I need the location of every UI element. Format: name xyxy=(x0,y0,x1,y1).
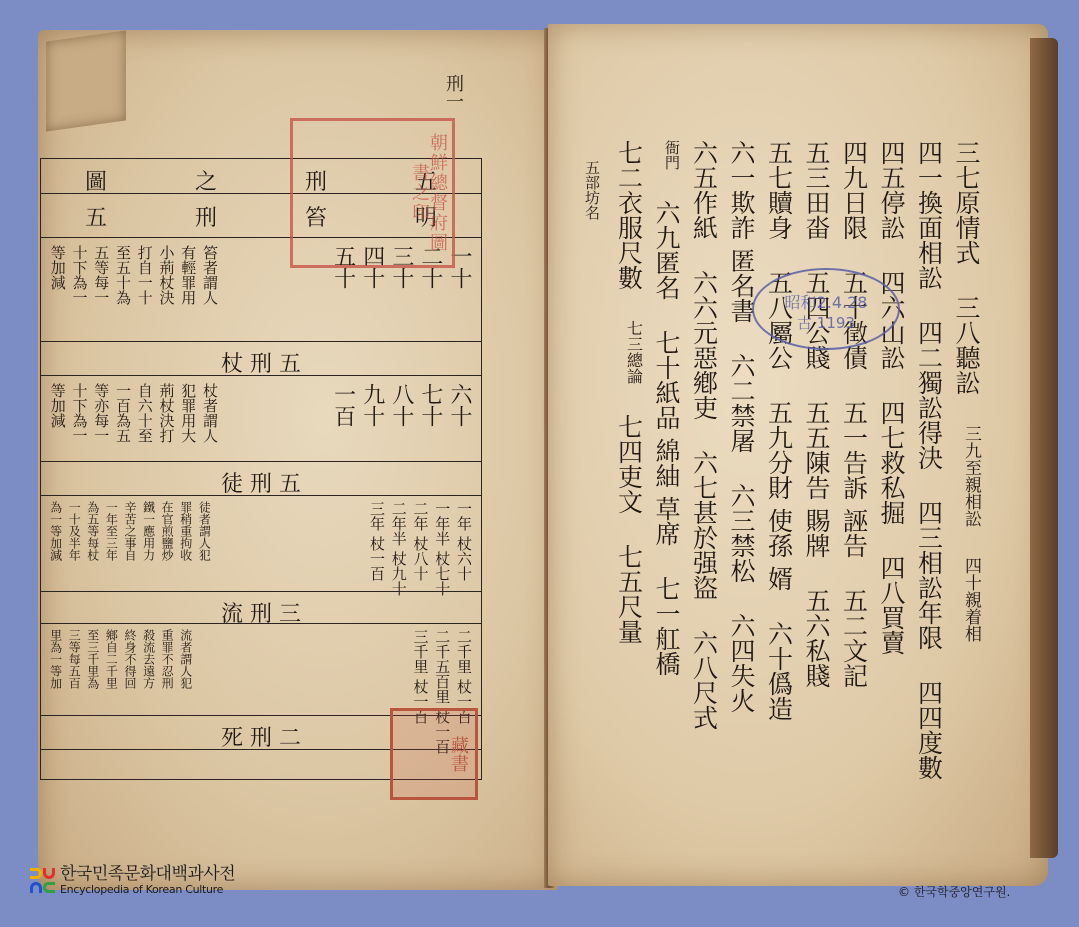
section-title-tu: 徒 刑 五 xyxy=(41,467,481,498)
zhang-notes: 杖者謂人 犯罪用大 荊杖決打 自六十至 一百為五 等亦每一 十下為一 等加減 xyxy=(49,383,217,443)
title-char: 刑 xyxy=(195,201,217,232)
zhang-amounts: 六十 七十 八十 九十 一百 xyxy=(332,383,471,427)
note: 一十及半年 xyxy=(68,501,81,561)
entry: 五六私賤 xyxy=(803,588,831,688)
entry: 四七救私掘 xyxy=(878,400,906,525)
note: 等加減 xyxy=(49,245,65,305)
entry: 五五陳告 賜牌 xyxy=(803,400,831,558)
entry: 四三相訟年限 xyxy=(915,500,943,650)
note: 等亦每一 xyxy=(93,383,109,443)
text-column: 衙門 六九匿名 七十紙品 綿紬 草席 七一舡橋 xyxy=(653,140,681,840)
copyright-notice: © 한국학중앙연구원. xyxy=(898,883,1010,900)
note: 里為一等加 xyxy=(49,629,62,689)
entry: 七五尺量 xyxy=(615,544,643,644)
divider xyxy=(41,461,481,462)
text-column: 六一欺詐 匿名書 六二禁屠 六三禁松 六四失火 xyxy=(728,140,756,840)
tu-amounts: 一年 杖六十 一年半 杖七十 二年 杖八十 二年半 杖九十 三年 杖一百 xyxy=(368,501,471,596)
note: 流者謂人犯 xyxy=(179,629,192,689)
logo-korean: 한국민족문화대백과사전 xyxy=(60,866,235,884)
section-title: 死 刑 二 xyxy=(221,721,301,752)
divider xyxy=(41,623,481,624)
amount: 二年半 杖九十 xyxy=(390,501,406,596)
entry: 七三總論 xyxy=(615,320,643,384)
page-label: 刑一 xyxy=(440,74,466,110)
chi-notes: 笞者謂人 有輕罪用 小荊杖決 打自一十 至五十為 五等每一 十下為一 等加減 xyxy=(49,245,217,305)
note: 等加減 xyxy=(49,383,65,443)
note: 徒者謂人犯 xyxy=(198,501,211,561)
note: 犯罪用大 xyxy=(180,383,196,443)
entry: 六六元惡鄕吏 xyxy=(690,270,718,420)
entry: 七四吏文 xyxy=(615,414,643,514)
amount: 一年 杖六十 xyxy=(455,501,471,596)
amount: 六十 xyxy=(448,383,471,427)
note: 至三千里為 xyxy=(86,629,99,689)
note: 自六十至 xyxy=(136,383,152,443)
section-title: 杖 刑 五 xyxy=(221,347,301,378)
entry: 六五作紙 xyxy=(690,140,718,240)
note: 殺流去遠方 xyxy=(142,629,155,689)
entry: 六九匿名 xyxy=(653,200,681,300)
amount: 八十 xyxy=(390,383,413,427)
entry: 四八買賣 xyxy=(878,555,906,655)
note: 重罪不忍刑 xyxy=(161,629,174,689)
red-owner-seal: 藏書 xyxy=(390,708,478,800)
entry: 四十親着相 xyxy=(953,557,981,642)
entry: 五三田畓 xyxy=(803,140,831,240)
note: 一百為五 xyxy=(114,383,130,443)
section-title: 徒 刑 五 xyxy=(221,467,301,498)
note: 鄉自二千里 xyxy=(105,629,118,689)
entry: 四九日限 xyxy=(840,140,868,240)
entry: 六一欺詐 匿名書 xyxy=(728,140,756,323)
entry: 六三禁松 xyxy=(728,483,756,583)
note: 小荊杖決 xyxy=(158,245,174,305)
entry: 六四失火 xyxy=(728,613,756,713)
entry: 五七贖身 xyxy=(765,140,793,240)
text-column: 七二衣服尺數 七三總論 七四吏文 七五尺量 xyxy=(615,140,643,840)
note: 杖者謂人 xyxy=(201,383,217,443)
section-title-zhang: 杖 刑 五 xyxy=(41,347,481,378)
entry: 三七原情式 xyxy=(953,140,981,265)
note: 為一等加減 xyxy=(49,501,62,561)
logo-text: 한국민족문화대백과사전 Encyclopedia of Korean Cultu… xyxy=(60,866,235,895)
encyclopedia-logo: 한국민족문화대백과사전 Encyclopedia of Korean Cultu… xyxy=(30,866,235,895)
divider xyxy=(41,591,481,592)
text-column: 五三田畓 五四公賤 五五陳告 賜牌 五六私賤 xyxy=(803,140,831,840)
book-edge xyxy=(1030,38,1058,858)
note: 打自一十 xyxy=(136,245,152,305)
note: 荊杖決打 xyxy=(158,383,174,443)
entry: 六十僞造 xyxy=(765,621,793,721)
divider xyxy=(41,495,481,496)
entry: 四一換面相訟 xyxy=(915,140,943,290)
entry: 三八聽訟 xyxy=(953,295,981,395)
text-column: 四九日限 五十徵債 五一告訴 誣告 五二文記 xyxy=(840,140,868,840)
seal-text: 藏書 xyxy=(397,736,471,772)
entry: 五九分財 使孫 婿 xyxy=(765,400,793,591)
note: 罪稍重拘收 xyxy=(179,501,192,561)
title-char: 五 xyxy=(85,201,107,232)
red-library-seal: 朝鮮總督府圖書之印 xyxy=(290,118,455,268)
entry: 三九至親相訟 xyxy=(953,425,981,527)
seal-text: 朝鮮總督府圖書之印 xyxy=(299,127,446,259)
amount: 一百 xyxy=(332,383,355,427)
note: 五等每一 xyxy=(93,245,109,305)
entry: 衙門 xyxy=(653,140,681,170)
amount: 三年 杖一百 xyxy=(368,501,384,596)
amount: 一年半 杖七十 xyxy=(434,501,450,596)
entry: 六二禁屠 xyxy=(728,353,756,453)
margin-note: 五部坊名 xyxy=(582,160,603,220)
damaged-corner xyxy=(46,30,126,131)
entry: 七十紙品 綿紬 草席 xyxy=(653,330,681,546)
blue-registry-stamp: 昭和2.4.28 古 1193 xyxy=(752,268,900,350)
note: 十下為一 xyxy=(71,245,87,305)
note: 為五等每杖 xyxy=(86,501,99,561)
note: 辛苦之事自 xyxy=(123,501,136,561)
entry: 六七甚於强盜 xyxy=(690,450,718,600)
amount: 九十 xyxy=(361,383,384,427)
note: 笞者謂人 xyxy=(201,245,217,305)
logo-english: Encyclopedia of Korean Culture xyxy=(60,884,235,896)
entry: 七二衣服尺數 xyxy=(615,140,643,290)
note: 一年至三年 xyxy=(105,501,118,561)
right-page-text: 三七原情式 三八聽訟 三九至親相訟 四十親着相 四一換面相訟 四二獨訟得決 四三… xyxy=(540,140,980,840)
divider xyxy=(41,375,481,376)
title-char: 圖 xyxy=(85,165,107,196)
amount: 七十 xyxy=(419,383,442,427)
entry: 七一舡橋 xyxy=(653,576,681,676)
note: 終身不得回 xyxy=(123,629,136,689)
note: 有輕罪用 xyxy=(180,245,196,305)
tu-notes: 徒者謂人犯 罪稍重拘收 在官煎鹽炒 鐵一應用力 辛苦之事自 一年至三年 為五等每… xyxy=(49,501,210,561)
entry: 五一告訴 誣告 xyxy=(840,400,868,558)
entry: 五二文記 xyxy=(840,588,868,688)
logo-icon xyxy=(30,868,56,894)
text-column: 六五作紙 六六元惡鄕吏 六七甚於强盜 六八尺式 xyxy=(690,140,718,840)
liu-notes: 流者謂人犯 重罪不忍刑 殺流去遠方 終身不得回 鄉自二千里 至三千里為 三等每五… xyxy=(49,629,192,689)
note: 在官煎鹽炒 xyxy=(161,501,174,561)
text-column: 四五停訟 四六山訟 四七救私掘 四八買賣 xyxy=(878,140,906,840)
entry: 六八尺式 xyxy=(690,630,718,730)
note: 十下為一 xyxy=(71,383,87,443)
entry: 四二獨訟得決 xyxy=(915,320,943,470)
entry: 四四度數 xyxy=(915,680,943,780)
text-column: 五七贖身 五八屬公 五九分財 使孫 婿 六十僞造 xyxy=(765,140,793,840)
entry: 四五停訟 xyxy=(878,140,906,240)
text-column: 三七原情式 三八聽訟 三九至親相訟 四十親着相 xyxy=(953,140,981,840)
stamp-date: 昭和2.4.28 xyxy=(754,290,898,313)
note: 鐵一應用力 xyxy=(142,501,155,561)
amount: 二年 杖八十 xyxy=(412,501,428,596)
divider xyxy=(41,341,481,342)
text-column: 四一換面相訟 四二獨訟得決 四三相訟年限 四四度數 xyxy=(915,140,943,840)
stamp-number: 古 1193 xyxy=(754,312,898,333)
title-char: 之 xyxy=(195,165,217,196)
note: 三等每五百 xyxy=(68,629,81,689)
note: 至五十為 xyxy=(114,245,130,305)
